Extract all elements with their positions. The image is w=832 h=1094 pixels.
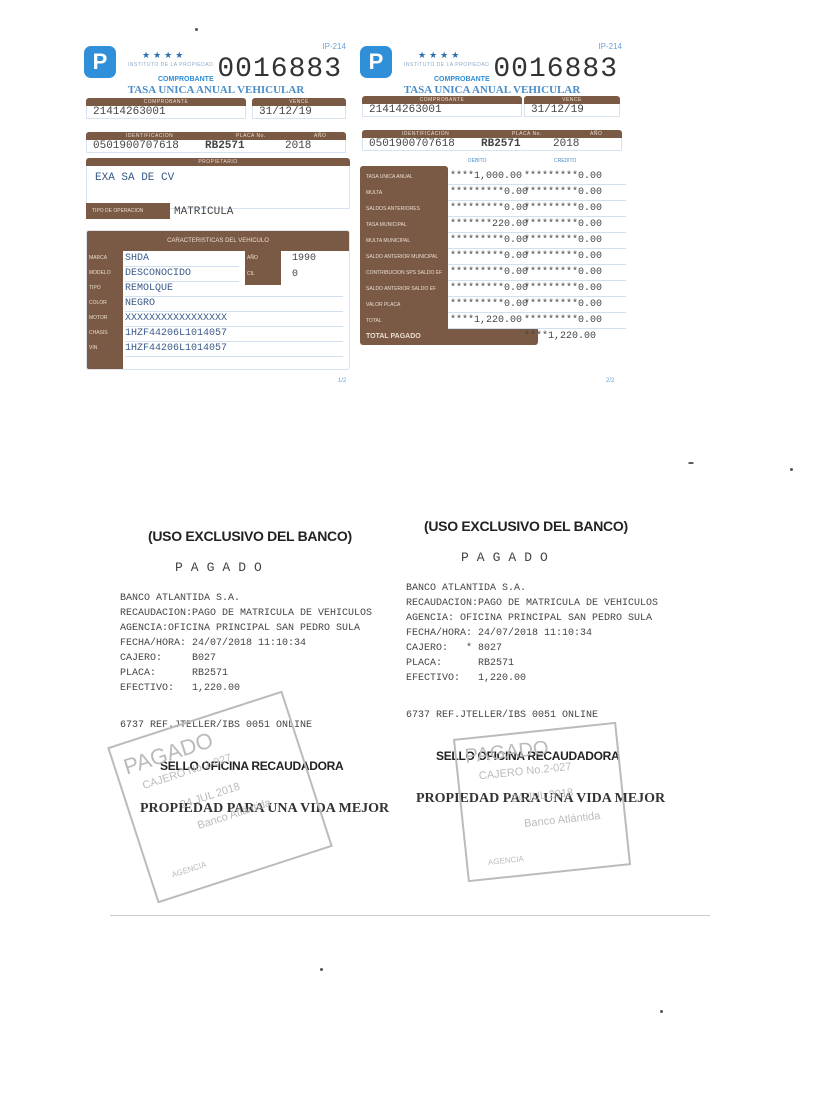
placa-value: RB2571 xyxy=(481,138,521,150)
institution-name: INSTITUTO DE LA PROPIEDAD xyxy=(404,62,489,68)
field-vence: VENCE 31/12/19 xyxy=(252,98,346,119)
ip-logo-icon: P xyxy=(360,46,392,78)
vehicle-year: 1990 xyxy=(292,253,316,264)
total-pagado-row: TOTAL PAGADO ****1,220.00 xyxy=(358,329,626,345)
field-tipo-operacion: TIPO DE OPERACION MATRICULA xyxy=(86,203,350,219)
char-row: COLORNEGRO xyxy=(87,296,349,311)
scan-speck xyxy=(195,28,198,31)
stars-icon: ★★★★ xyxy=(142,50,186,61)
bank-lines: BANCO ATLANTIDA S.A. RECAUDACION:PAGO DE… xyxy=(120,591,420,696)
char-row: MOTORXXXXXXXXXXXXXXXXX xyxy=(87,311,349,326)
characteristics-title: CARACTERISTICAS DEL VEHICULO xyxy=(87,231,349,251)
bank-use-heading: (USO EXCLUSIVO DEL BANCO) xyxy=(424,518,706,534)
placa-value: RB2571 xyxy=(205,140,245,152)
identificacion-value: 0501900707618 xyxy=(369,138,455,150)
amount-row: CONTRIBUCION SPS SALDO EF*********0.00**… xyxy=(358,265,626,281)
total-pagado-value: ****1,220.00 xyxy=(524,329,596,345)
amount-row: TASA MUNICIPAL*******220.00*********0.00 xyxy=(358,217,626,233)
amount-row: SALDO ANTERIOR MUNICIPAL*********0.00***… xyxy=(358,249,626,265)
form-code: IP-214 xyxy=(598,42,622,51)
bank-stamp-right: PAGADO CAJERO No.2-027 24 JUL 2018 Banco… xyxy=(453,722,631,882)
receipt-title: TASA UNICA ANUAL VEHICULAR xyxy=(82,84,350,96)
receipt-header: P ★★★★ INSTITUTO DE LA PROPIEDAD IP-214 … xyxy=(82,40,350,98)
ano-value: 2018 xyxy=(285,140,311,152)
comprobante-label: COMPROBANTE xyxy=(158,76,214,83)
identificacion-value: 0501900707618 xyxy=(93,140,179,152)
amount-row: MULTA*********0.00*********0.00 xyxy=(358,185,626,201)
char-row: CHASIS1HZF44206L1014057 xyxy=(87,326,349,341)
scan-speck xyxy=(320,968,323,971)
char-row: TIPOREMOLQUE xyxy=(87,281,349,296)
field-vence: VENCE 31/12/19 xyxy=(524,96,620,117)
paid-status: PAGADO xyxy=(461,550,706,565)
receipt-header: P ★★★★ INSTITUTO DE LA PROPIEDAD IP-214 … xyxy=(358,40,626,98)
bank-use-heading: (USO EXCLUSIVO DEL BANCO) xyxy=(148,528,420,544)
comprobante-label: COMPROBANTE xyxy=(434,76,490,83)
char-row: VIN1HZF44206L1014057 xyxy=(87,341,349,356)
ano-value: 2018 xyxy=(553,138,579,150)
amount-row: MULTA MUNICIPAL*********0.00*********0.0… xyxy=(358,233,626,249)
col-debito: DEBITO xyxy=(468,158,487,164)
amount-row: SALDOS ANTERIORES*********0.00*********0… xyxy=(358,201,626,217)
amount-row: VALOR PLACA*********0.00*********0.00 xyxy=(358,297,626,313)
field-propietario: PROPIETARIO EXA SA DE CV xyxy=(86,158,350,208)
vehicle-characteristics: CARACTERISTICAS DEL VEHICULO MARCASHDA M… xyxy=(86,230,350,370)
vehicle-cil: 0 xyxy=(292,269,298,280)
receipt-title: TASA UNICA ANUAL VEHICULAR xyxy=(358,84,626,96)
amount-row: TOTAL****1,220.00*********0.00 xyxy=(358,313,626,329)
amount-row: SALDO ANTERIOR SALDO EF*********0.00****… xyxy=(358,281,626,297)
bank-lines: BANCO ATLANTIDA S.A. RECAUDACION:PAGO DE… xyxy=(406,581,706,686)
receipt-amounts: P ★★★★ INSTITUTO DE LA PROPIEDAD IP-214 … xyxy=(358,40,626,370)
amounts-table: DEBITO CREDITO TASA UNICA ANUAL****1,000… xyxy=(358,158,626,348)
form-code: IP-214 xyxy=(322,42,346,51)
scan-line xyxy=(110,915,710,916)
folio-number: 0016883 xyxy=(217,54,342,85)
folio-number: 0016883 xyxy=(493,54,618,85)
field-comprobante: COMPROBANTE 21414263001 xyxy=(362,96,522,117)
char-row: MODELODESCONOCIDO xyxy=(87,266,349,281)
col-credito: CREDITO xyxy=(554,158,576,164)
scan-speck xyxy=(688,462,694,464)
page-number-right: 2/2 xyxy=(606,378,614,384)
scan-speck xyxy=(790,468,793,471)
page-number-left: 1/2 xyxy=(338,378,346,384)
field-identificacion-row: IDENTIFICACION PLACA No. AÑO 05019007076… xyxy=(86,132,346,153)
ip-logo-icon: P xyxy=(84,46,116,78)
scan-speck xyxy=(660,1010,663,1013)
institution-name: INSTITUTO DE LA PROPIEDAD xyxy=(128,62,213,68)
paid-status: PAGADO xyxy=(175,560,420,575)
bank-ref: 6737 REF.JTELLER/IBS 0051 ONLINE xyxy=(406,710,706,721)
stars-icon: ★★★★ xyxy=(418,50,462,61)
field-comprobante: COMPROBANTE 21414263001 xyxy=(86,98,246,119)
field-identificacion-row: IDENTIFICACION PLACA No. AÑO 05019007076… xyxy=(362,130,622,151)
amount-row: TASA UNICA ANUAL****1,000.00*********0.0… xyxy=(358,169,626,185)
receipt-vehicle-info: P ★★★★ INSTITUTO DE LA PROPIEDAD IP-214 … xyxy=(82,40,350,370)
